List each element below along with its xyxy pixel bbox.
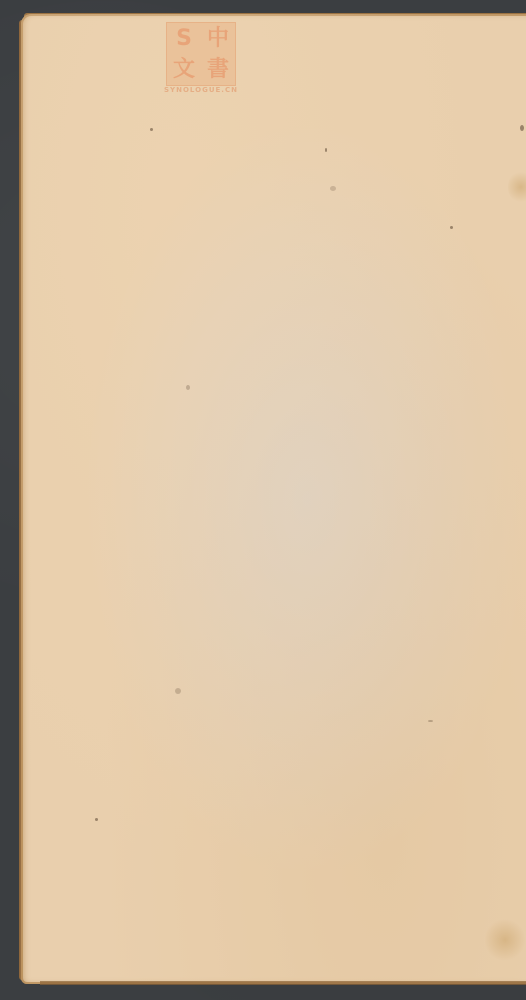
paper-speck bbox=[520, 125, 524, 131]
stamp-char-4: 書 bbox=[201, 54, 235, 85]
paper-speck bbox=[186, 385, 190, 390]
paper-speck bbox=[175, 688, 181, 694]
paper-speck bbox=[428, 720, 433, 722]
paper-speck bbox=[450, 226, 453, 229]
stamp-char-2: 中 bbox=[201, 23, 235, 54]
paper-speck bbox=[95, 818, 98, 821]
stamp-char-3: 文 bbox=[167, 54, 201, 85]
paper-speck bbox=[325, 148, 327, 152]
stamp-char-1: S bbox=[167, 23, 201, 54]
page-bottom-edge bbox=[40, 981, 526, 985]
stamp-caption: SYNOLOGUE.CN bbox=[163, 86, 239, 94]
library-stamp: S 中 文 書 bbox=[166, 22, 236, 86]
paper-stain bbox=[485, 918, 525, 962]
paper-speck bbox=[150, 128, 153, 131]
blank-page bbox=[21, 14, 526, 984]
paper-speck bbox=[330, 186, 336, 191]
